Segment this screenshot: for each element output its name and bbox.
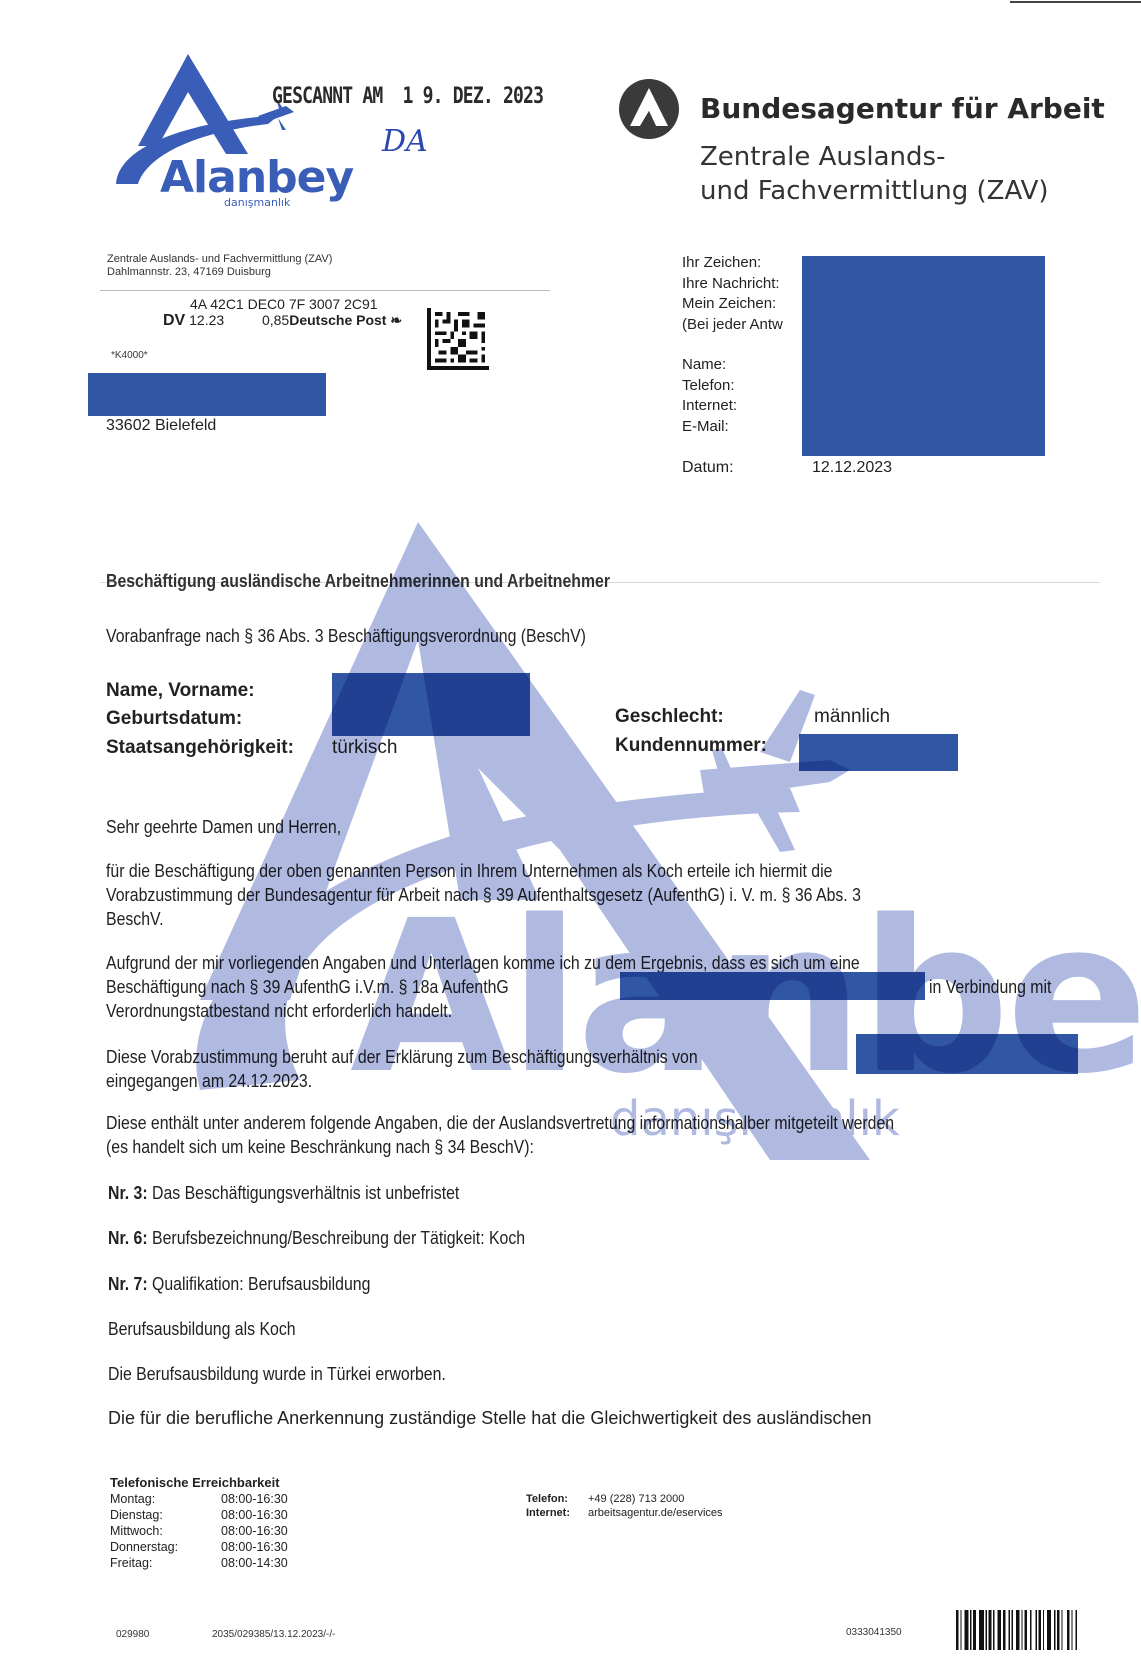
hours-time: 08:00-16:30 <box>221 1492 288 1506</box>
postage-dv-date: 12.23 <box>189 312 224 328</box>
ref-label-datum: Datum: <box>682 459 734 477</box>
p3-l2-text: eingegangen am 24.12.2023. <box>106 1071 312 1092</box>
datamatrix-code-icon <box>427 308 489 370</box>
paragraph-1-line-3: BeschV. <box>106 909 171 930</box>
person-nationality-value: türkisch <box>332 737 397 759</box>
paragraph-5: Berufsausbildung als Koch <box>108 1319 321 1340</box>
hours-day: Dienstag: <box>110 1507 221 1523</box>
hours-row: Dienstag:08:00-16:30 <box>110 1507 288 1523</box>
ref-label-telefon: Telefon: <box>682 376 783 397</box>
ref-label-email: E-Mail: <box>682 417 783 438</box>
ref-label-ihre-nachricht: Ihre Nachricht: <box>682 274 783 295</box>
salutation-text: Sehr geehrte Damen und Herren, <box>106 817 341 838</box>
person-nationality-label: Staatsangehörigkeit: <box>106 737 294 759</box>
sender-line-2: Dahlmannstr. 23, 47169 Duisburg <box>107 266 271 278</box>
hours-row: Mittwoch:08:00-16:30 <box>110 1523 288 1539</box>
recipient-city: 33602 Bielefeld <box>106 417 216 435</box>
hours-day: Donnerstag: <box>110 1539 221 1555</box>
letter-subtitle: Vorabanfrage nach § 36 Abs. 3 Beschäftig… <box>106 626 651 647</box>
p6-text: Die Berufsausbildung wurde in Türkei erw… <box>108 1364 446 1385</box>
hours-title: Telefonische Erreichbarkeit <box>110 1475 280 1490</box>
letter-subject: Beschäftigung ausländische Arbeitnehmeri… <box>106 571 679 592</box>
hours-list: Montag:08:00-16:30 Dienstag:08:00-16:30 … <box>110 1491 288 1571</box>
reference-labels: Ihr Zeichen: Ihre Nachricht: Mein Zeiche… <box>682 253 783 437</box>
hours-time: 08:00-16:30 <box>221 1540 288 1554</box>
p4-l1-text: Diese enthält unter anderem folgende Ang… <box>106 1113 894 1134</box>
person-name-birth-redaction <box>332 673 530 736</box>
paragraph-7: Die für die berufliche Anerkennung zustä… <box>108 1408 871 1429</box>
sender-divider <box>100 290 550 291</box>
ref-label-mein-zeichen: Mein Zeichen: <box>682 294 783 315</box>
hours-row: Montag:08:00-16:30 <box>110 1491 288 1507</box>
postage-dv-label: DV <box>163 312 185 329</box>
customer-number-redaction <box>799 734 958 771</box>
hours-time: 08:00-14:30 <box>221 1556 288 1570</box>
person-name-label: Name, Vorname: <box>106 680 255 702</box>
footer-contact: Telefon:+49 (228) 713 2000 Internet:arbe… <box>526 1492 723 1520</box>
ref-label-hint: (Bei jeder Antw <box>682 315 783 336</box>
alanbey-logo: Alanbey danışmanlık <box>108 54 348 214</box>
item-6-text: Berufsbezeichnung/Beschreibung der Tätig… <box>152 1228 525 1248</box>
letter-subject-text: Beschäftigung ausländische Arbeitnehmeri… <box>106 571 610 592</box>
postage-amount: 0,85 <box>262 312 289 328</box>
paragraph-6: Die Berufsausbildung wurde in Türkei erw… <box>108 1364 492 1385</box>
p2-l3-text: Verordnungstatbestand nicht erforderlich… <box>106 1001 452 1022</box>
paragraph-2-line-3: Verordnungstatbestand nicht erforderlich… <box>106 1001 499 1022</box>
postage-k-code: *K4000* <box>111 350 148 361</box>
hours-row: Donnerstag:08:00-16:30 <box>110 1539 288 1555</box>
paragraph-4-line-1: Diese enthält unter anderem folgende Ang… <box>106 1113 1002 1134</box>
scan-stamp-date: 1 9. DEZ. 2023 <box>403 84 544 109</box>
footer-phone-label: Telefon: <box>526 1492 588 1506</box>
p5-text: Berufsausbildung als Koch <box>108 1319 296 1340</box>
hours-day: Mittwoch: <box>110 1523 221 1539</box>
item-7-text: Qualifikation: Berufsausbildung <box>152 1274 370 1294</box>
letter-subtitle-text: Vorabanfrage nach § 36 Abs. 3 Beschäftig… <box>106 626 586 647</box>
p1-l3-text: BeschV. <box>106 909 164 930</box>
p1-l2-text: Vorabzustimmung der Bundesagentur für Ar… <box>106 885 861 906</box>
p4-l2-text: (es handelt sich um keine Beschränkung n… <box>106 1137 534 1158</box>
postage-carrier: Deutsche Post <box>289 312 386 328</box>
item-7-num: Nr. 7: <box>108 1274 148 1294</box>
footer-internet-label: Internet: <box>526 1506 588 1520</box>
agency-sub-line-1: Zentrale Auslands- <box>700 140 945 174</box>
person-gender-label: Geschlecht: <box>615 706 724 728</box>
paragraph-1-line-1: für die Beschäftigung der oben genannten… <box>106 861 932 882</box>
footer-code-right: 0333041350 <box>846 1627 902 1638</box>
paragraph-2-line-1: Aufgrund der mir vorliegenden Angaben un… <box>106 953 963 974</box>
hours-row: Freitag:08:00-14:30 <box>110 1555 288 1571</box>
paragraph-3-line-2: eingegangen am 24.12.2023. <box>106 1071 340 1092</box>
footer-code-mid: 2035/029385/13.12.2023/-/- <box>212 1629 335 1640</box>
item-nr-7: Nr. 7: Qualifikation: Berufsausbildung <box>108 1274 406 1295</box>
recipient-name-redaction <box>88 373 326 416</box>
paragraph-4-line-2: (es handelt sich um keine Beschränkung n… <box>106 1137 592 1158</box>
agency-sub-line-2: und Fachvermittlung (ZAV) <box>700 174 1049 208</box>
paragraph-2-line-2a: Beschäftigung nach § 39 AufenthG i.V.m. … <box>106 977 564 998</box>
agency-name: Bundesagentur für Arbeit <box>700 92 1105 125</box>
footer-code-left: 029980 <box>116 1629 149 1640</box>
ref-label-ihr-zeichen: Ihr Zeichen: <box>682 253 783 274</box>
p2-l2b-text: in Verbindung mit <box>929 977 1051 998</box>
scan-stamp-label: GESCANNT AM <box>272 84 382 109</box>
hours-day: Montag: <box>110 1491 221 1507</box>
alanbey-logo-tagline: danışmanlık <box>224 196 290 209</box>
postage-line: DV 12.23 0,85Deutsche Post ❧ <box>163 312 402 330</box>
hours-time: 08:00-16:30 <box>221 1508 288 1522</box>
letter-date: 12.12.2023 <box>812 459 892 477</box>
scan-edge-line <box>1010 1 1141 3</box>
scan-stamp: GESCANNT AM 1 9. DEZ. 2023 <box>272 84 543 109</box>
person-customer-label: Kundennummer: <box>615 735 767 757</box>
paragraph-1-line-2: Vorabzustimmung der Bundesagentur für Ar… <box>106 885 964 906</box>
item-3-num: Nr. 3: <box>108 1183 148 1203</box>
ba-logo-icon <box>618 78 680 140</box>
reference-values-redaction <box>802 256 1045 456</box>
p1-l1-text: für die Beschäftigung der oben genannten… <box>106 861 832 882</box>
posthorn-icon: ❧ <box>390 312 402 328</box>
salutation: Sehr geehrte Damen und Herren, <box>106 817 373 838</box>
footer-phone-value: +49 (228) 713 2000 <box>588 1493 684 1505</box>
sender-line-1: Zentrale Auslands- und Fachvermittlung (… <box>107 253 332 265</box>
item-3-text: Das Beschäftigungsverhältnis ist unbefri… <box>152 1183 459 1203</box>
person-birth-label: Geburtsdatum: <box>106 708 242 730</box>
item-6-num: Nr. 6: <box>108 1228 148 1248</box>
p2-l2a-text: Beschäftigung nach § 39 AufenthG i.V.m. … <box>106 977 509 998</box>
handwritten-initials: DA <box>382 124 428 159</box>
hours-time: 08:00-16:30 <box>221 1524 288 1538</box>
item-nr-3: Nr. 3: Das Beschäftigungsverhältnis ist … <box>108 1183 507 1204</box>
paragraph-3-line-1: Diese Vorabzustimmung beruht auf der Erk… <box>106 1047 778 1068</box>
regulation-redaction <box>620 972 925 1000</box>
person-gender-value: männlich <box>814 706 890 728</box>
p2-l1-text: Aufgrund der mir vorliegenden Angaben un… <box>106 953 860 974</box>
ref-label-internet: Internet: <box>682 396 783 417</box>
postage-code: 4A 42C1 DEC0 7F 3007 2C91 <box>190 296 378 312</box>
p3-l1-text: Diese Vorabzustimmung beruht auf der Erk… <box>106 1047 698 1068</box>
item-nr-6: Nr. 6: Berufsbezeichnung/Beschreibung de… <box>108 1228 582 1249</box>
employer-redaction <box>856 1034 1078 1074</box>
ref-label-name: Name: <box>682 355 783 376</box>
barcode-icon <box>956 1610 1141 1650</box>
hours-day: Freitag: <box>110 1555 221 1571</box>
footer-internet-link[interactable]: arbeitsagentur.de/eservices <box>588 1507 723 1519</box>
paragraph-2-line-2b: in Verbindung mit <box>929 977 1068 998</box>
